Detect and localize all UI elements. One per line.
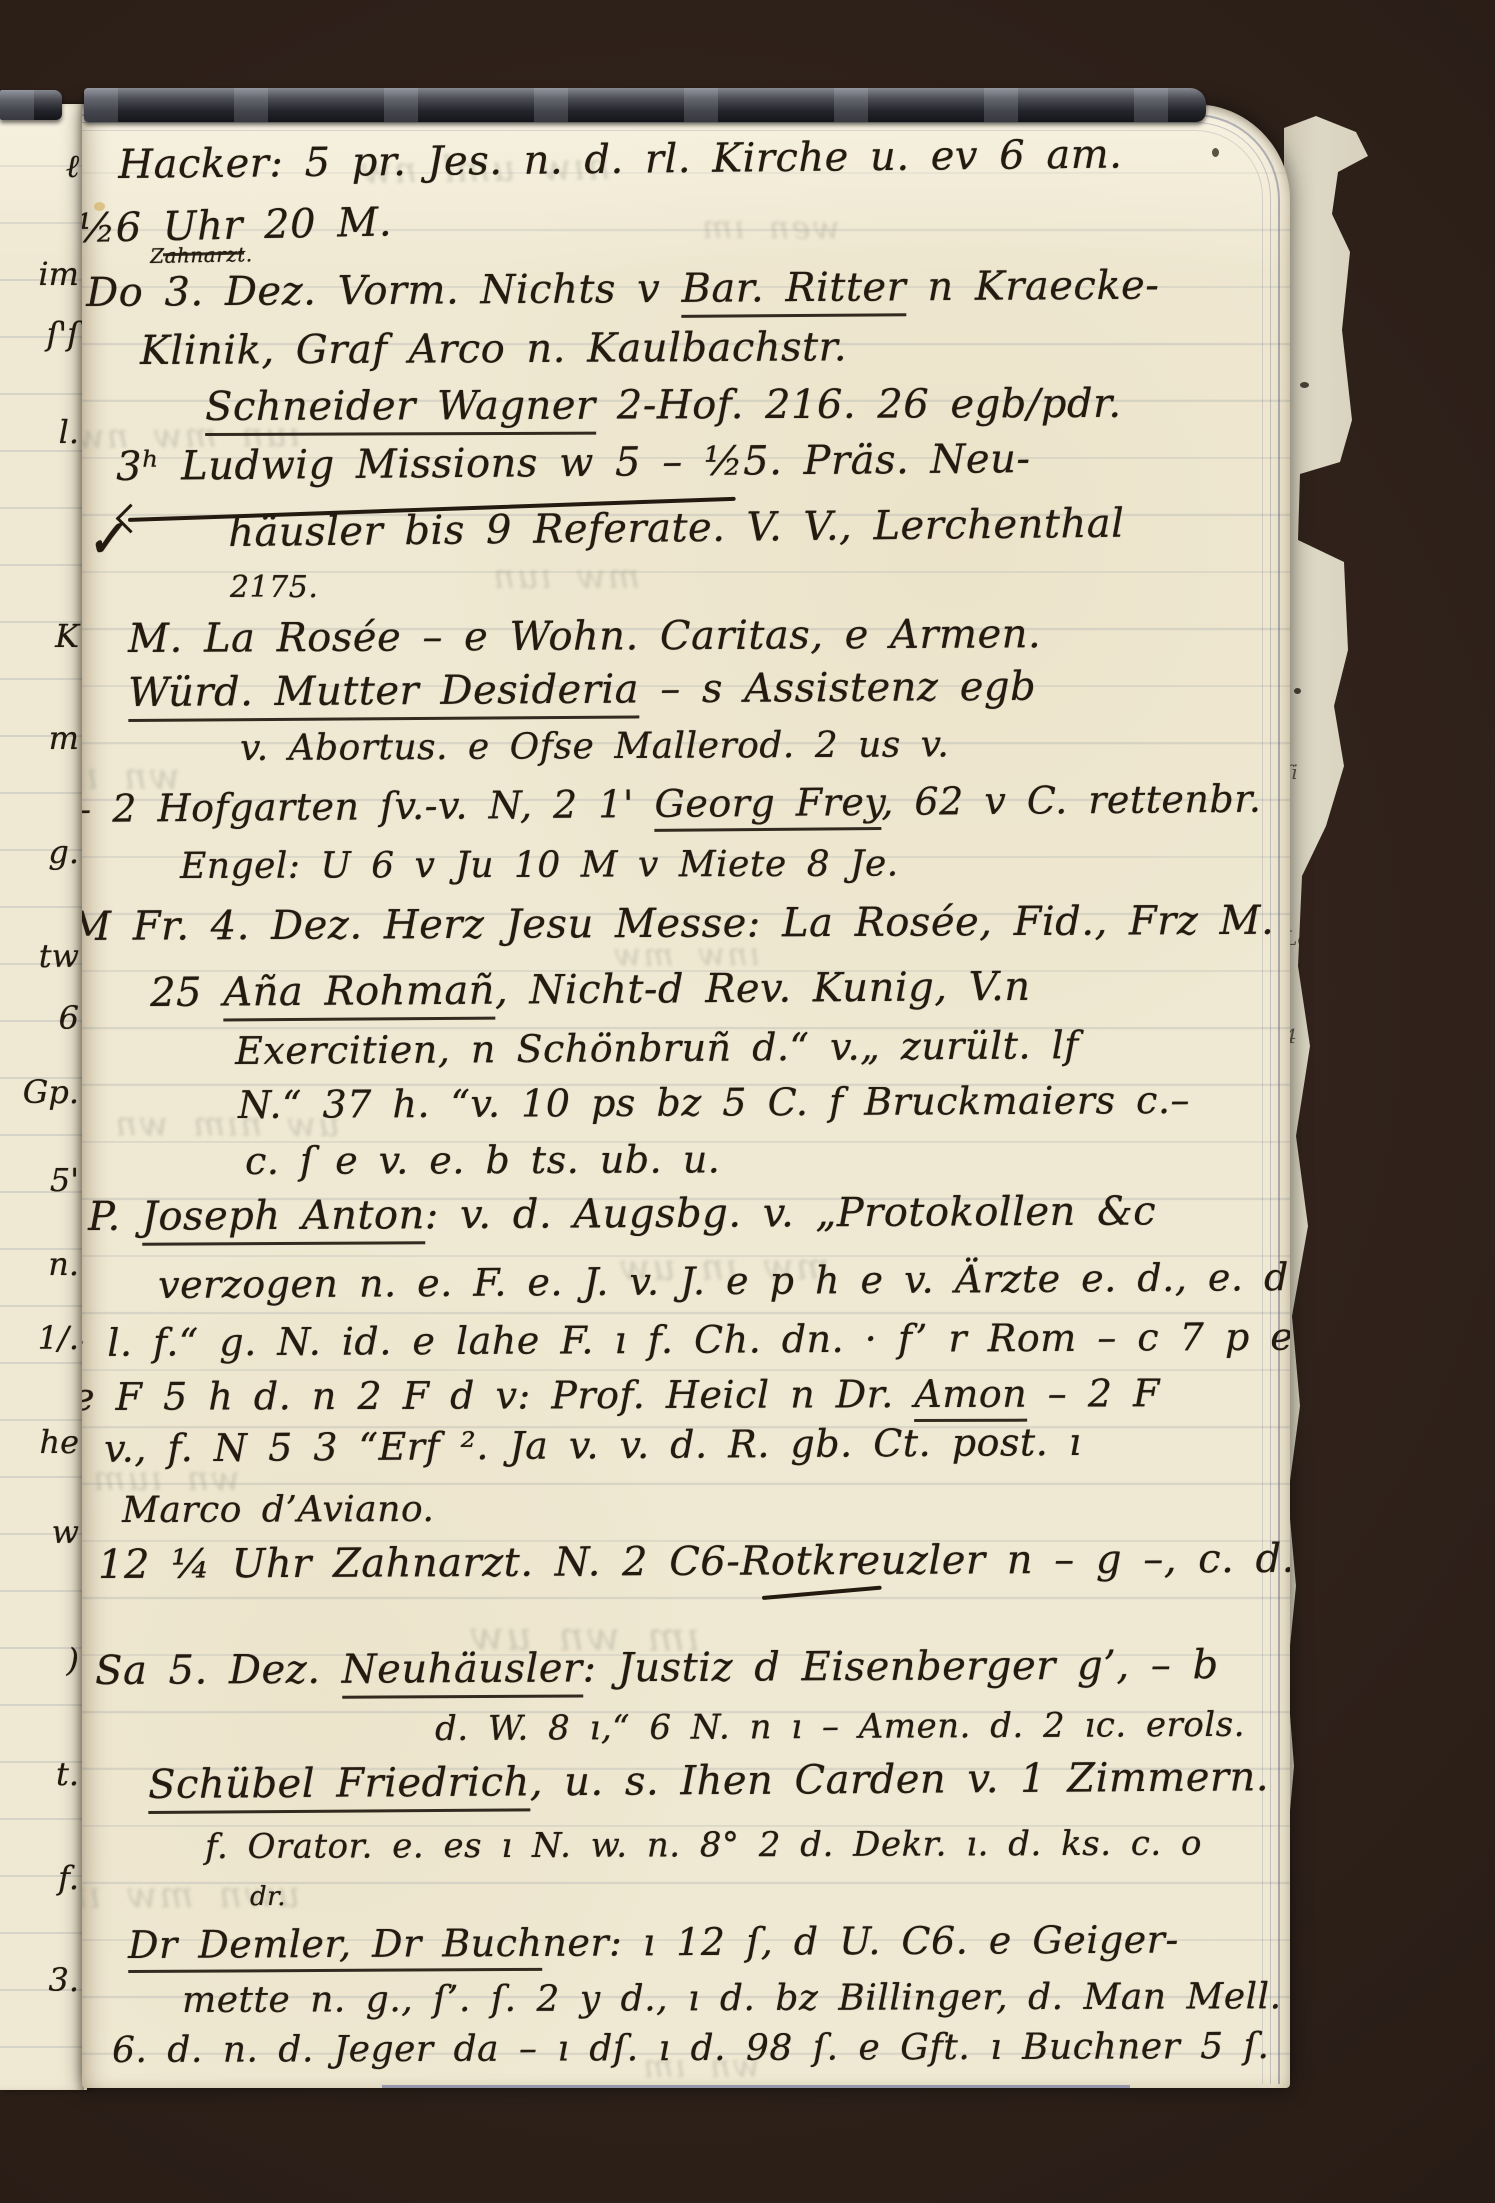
text: mette n. g., ſ’. ſ. 2 y d., ı d. bz Bill… bbox=[182, 1976, 1282, 2021]
clipped-text-fragment: n. bbox=[48, 1248, 79, 1280]
text: ner: ı 12 ſ, d U. C6. e Geiger- bbox=[542, 1917, 1179, 1964]
handwriting-line: Engel: U 6 v Ju 10 M v Miete 8 Je. bbox=[180, 845, 899, 885]
text: , 62 v C. rettenbr. bbox=[881, 777, 1261, 824]
handwriting-line: c. ſ e v. e. b ts. ub. u. bbox=[245, 1140, 720, 1182]
handwriting-line: e F 5 h d. n 2 F d v: Prof. Heicl n Dr. … bbox=[82, 1374, 1160, 1418]
text: f. Orator. e. es ı N. w. n. 8° 2 d. Dekr… bbox=[205, 1824, 1202, 1867]
handwriting-line: M Fr. 4. Dez. Herz Jesu Messe: La Rosée,… bbox=[82, 900, 1274, 948]
clipped-text-fragment: 5' bbox=[50, 1164, 79, 1196]
clipped-text-fragment: Gp. bbox=[23, 1076, 79, 1108]
handwriting-line: mette n. g., ſ’. ſ. 2 y d., ı d. bz Bill… bbox=[182, 1978, 1282, 2020]
text: : v. d. Augsbg. v. „Protokollen &c bbox=[425, 1188, 1157, 1238]
text: c. ſ e v. e. b ts. ub. u. bbox=[245, 1137, 720, 1183]
text: M. La Rosée – e Wohn. Caritas, e Armen. bbox=[128, 611, 1041, 662]
clipped-text-fragment: f. bbox=[58, 1862, 79, 1894]
text: d. W. 8 ı,“ 6 N. n ı – Amen. d. 2 ıc. er… bbox=[435, 1705, 1245, 1749]
clipped-text-fragment: 6 bbox=[59, 1002, 79, 1034]
handwriting-line: 25 Aña Rohmañ, Nicht-d Rev. Kunig, V.n bbox=[150, 966, 1031, 1014]
clipped-text-fragment: tw bbox=[39, 940, 79, 972]
clipped-text-fragment: t. bbox=[56, 1758, 79, 1790]
text: – v., f. N 5 3 “Erf ². Ja v. v. d. R. gb… bbox=[82, 1420, 1082, 1471]
text: 2175. bbox=[230, 570, 318, 605]
clipped-text-fragment: g. bbox=[48, 836, 79, 868]
clipped-text-fragment: im bbox=[38, 258, 79, 290]
text: dr. bbox=[250, 1882, 286, 1912]
text: n Kraecke- bbox=[906, 263, 1159, 311]
text: P. bbox=[88, 1194, 142, 1240]
text: Do 3. Dez. Vorm. Nichts v bbox=[86, 266, 682, 316]
text: – 2 Hofgarten ſv.-v. N, 2 1' bbox=[82, 782, 655, 831]
binding-edge bbox=[84, 88, 1206, 122]
text: Hacker: 5 pr. Jes. n. d. rl. Kirche u. e… bbox=[118, 131, 1123, 188]
handwriting-line: Schneider Wagner 2-Hof. 216. 26 egb/pdr. bbox=[205, 383, 1122, 428]
facing-page-edge: ℓimſ'ſl.Kmg.tw6Gp.5'n.1/.hew)t.f.3. bbox=[0, 104, 87, 2090]
handwriting-line: dr. bbox=[250, 1884, 286, 1911]
scanned-notebook-photo: ℓimſ'ſl.Kmg.tw6Gp.5'n.1/.hew)t.f.3. nıw … bbox=[0, 0, 1495, 2203]
text: 12 ¼ Uhr Zahnarzt. N. 2 C6-Rotkreuzler n… bbox=[98, 1535, 1290, 1588]
handwriting-line: 12 ¼ Uhr Zahnarzt. N. 2 C6-Rotkreuzler n… bbox=[98, 1537, 1290, 1586]
handwriting-line: – 2 Hofgarten ſv.-v. N, 2 1' Georg Frey,… bbox=[82, 780, 1261, 830]
handwriting-line: Klinik, Graf Arco n. Kaulbachstr. bbox=[140, 326, 847, 372]
text: Klinik, Graf Arco n. Kaulbachstr. bbox=[140, 324, 847, 374]
underlined-text: Bar. Ritter bbox=[681, 264, 906, 318]
handwriting-line: P. Joseph Anton: v. d. Augsbg. v. „Proto… bbox=[88, 1190, 1156, 1238]
text: N.“ 37 h. “v. 10 ps bz 5 C. f Bruckmaier… bbox=[238, 1078, 1190, 1127]
handwriting-line: – v., f. N 5 3 “Erf ². Ja v. v. d. R. gb… bbox=[82, 1423, 1082, 1470]
handwriting-line: Schübel Friedrich, u. s. Ihen Carden v. … bbox=[148, 1756, 1269, 1806]
underlined-text: Joseph Anton bbox=[142, 1192, 425, 1245]
text: Engel: U 6 v Ju 10 M v Miete 8 Je. bbox=[180, 843, 899, 887]
handwriting-line: 3ʰ Ludwig Missions w 5 – ½5. Präs. Neu- bbox=[116, 438, 1031, 488]
handwriting-line: verzogen n. e. F. e. J. v. J. e p h e v.… bbox=[158, 1258, 1290, 1306]
clipped-text-fragment: l. bbox=[59, 416, 79, 448]
text: Exercitien, n Schönbruñ d.“ v.„ zurült. … bbox=[235, 1023, 1079, 1073]
clipped-text-fragment: w bbox=[52, 1516, 79, 1548]
handwriting-line: Sa 5. Dez. Neuhäusler: Justiz d Eisenber… bbox=[95, 1644, 1219, 1692]
text: verzogen n. e. F. e. J. v. J. e p h e v.… bbox=[158, 1255, 1290, 1307]
clipped-text-fragment: m bbox=[49, 722, 79, 754]
text: M Fr. 4. Dez. Herz Jesu Messe: La Rosée,… bbox=[82, 898, 1274, 950]
handwriting-line: Dr Demler, Dr Buchner: ı 12 ſ, d U. C6. … bbox=[128, 1920, 1179, 1965]
text: Sa 5. Dez. bbox=[95, 1647, 342, 1694]
handwriting-line: f. Orator. e. es ı N. w. n. 8° 2 d. Dekr… bbox=[205, 1827, 1202, 1866]
ink-speck bbox=[1294, 688, 1301, 694]
handwriting-line: Do 3. Dez. Vorm. Nichts v Bar. Ritter n … bbox=[86, 265, 1159, 314]
handwriting-line: Würd. Mutter Desideria – s Assistenz egb bbox=[128, 666, 1036, 714]
underlined-text: Georg Frey bbox=[654, 780, 881, 832]
underlined-text: Dr Demler, Dr Buch bbox=[128, 1921, 543, 1973]
clipped-text-fragment: he bbox=[39, 1426, 79, 1458]
text: – 2 F bbox=[1027, 1371, 1160, 1415]
handwriting-line: Zahnarzt. bbox=[150, 244, 253, 267]
handwriting-line: Exercitien, n Schönbruñ d.“ v.„ zurült. … bbox=[235, 1026, 1079, 1072]
ink-showthrough: wen ım bbox=[700, 211, 840, 244]
underlined-text: Amon bbox=[914, 1372, 1027, 1422]
clipped-text-fragment: ſ'ſ bbox=[47, 318, 79, 350]
underlined-text: Neuhäusler bbox=[342, 1645, 583, 1698]
handwriting-line: 6. d. n. d. Jeger da – ı dſ. ı d. 98 ſ. … bbox=[112, 2028, 1269, 2070]
handwriting-line: N.“ 37 h. “v. 10 ps bz 5 C. f Bruckmaier… bbox=[238, 1081, 1190, 1126]
text: , u. s. Ihen Carden v. 1 Zimmern. bbox=[530, 1754, 1270, 1805]
text: 2-Hof. 216. 26 egb/pdr. bbox=[596, 381, 1122, 429]
ink-speck bbox=[1300, 382, 1309, 388]
text: e F 5 h d. n 2 F d v: Prof. Heicl n Dr. bbox=[82, 1372, 914, 1419]
clipped-text-fragment: ) bbox=[67, 1644, 79, 1676]
handwriting-line: · l. f.“ g. N. id. e lahe F. ı f. Ch. dn… bbox=[82, 1317, 1290, 1363]
notebook-page: nıw uml nwwen ımıun mw nw uwmw ıunwn ım … bbox=[82, 104, 1290, 2088]
text: 20 M. bbox=[242, 199, 392, 248]
underlined-text: Schneider Wagner bbox=[205, 383, 596, 436]
text: v. Abortus. e Ofse Mallerod. 2 us v. bbox=[240, 724, 949, 769]
handwriting-line: d. W. 8 ı,“ 6 N. n ı – Amen. d. 2 ıc. er… bbox=[435, 1708, 1245, 1748]
underline-mark bbox=[762, 1586, 882, 1600]
text: 6. d. n. d. Jeger da – ı dſ. ı d. 98 ſ. … bbox=[112, 2026, 1269, 2071]
torn-page-stub: ſiLe4 bbox=[1278, 112, 1382, 1962]
clipped-text-fragment: 1/. bbox=[38, 1322, 79, 1354]
underlined-text: Würd. Mutter Desideria bbox=[128, 666, 639, 722]
underlined-text: Schübel Friedrich bbox=[148, 1759, 530, 1814]
text: · l. f.“ g. N. id. e lahe F. ı f. Ch. dn… bbox=[82, 1314, 1290, 1365]
clipped-text-fragment: K bbox=[55, 620, 79, 652]
ink-speck bbox=[1212, 148, 1219, 157]
handwriting-line: Hacker: 5 pr. Jes. n. d. rl. Kirche u. e… bbox=[118, 133, 1123, 186]
text: Marco d’Aviano. bbox=[122, 1489, 434, 1531]
binding-edge-left bbox=[0, 90, 62, 120]
underlined-text: Aña Rohmañ bbox=[223, 968, 495, 1022]
ink-showthrough: mw ıun bbox=[491, 560, 640, 594]
handwriting-line: 2175. bbox=[230, 572, 318, 604]
clipped-text-fragment: 3. bbox=[48, 1964, 79, 1996]
handwriting-line: M. La Rosée – e Wohn. Caritas, e Armen. bbox=[128, 613, 1041, 660]
text: , Nicht-d Rev. Kunig, V.n bbox=[495, 964, 1031, 1014]
clipped-text-fragment: ℓ bbox=[66, 150, 79, 182]
handwriting-line: Marco d’Aviano. bbox=[122, 1491, 434, 1530]
text: : Justiz d Eisenberger g’, – b bbox=[582, 1642, 1218, 1691]
text: 3ʰ Ludwig Missions w 5 – ½5. Präs. Neu- bbox=[116, 436, 1031, 490]
text: Zahnarzt. bbox=[150, 242, 253, 268]
text: 25 bbox=[150, 969, 223, 1016]
handwriting-line: v. Abortus. e Ofse Mallerod. 2 us v. bbox=[240, 726, 949, 768]
text: – s Assistenz egb bbox=[639, 664, 1036, 713]
